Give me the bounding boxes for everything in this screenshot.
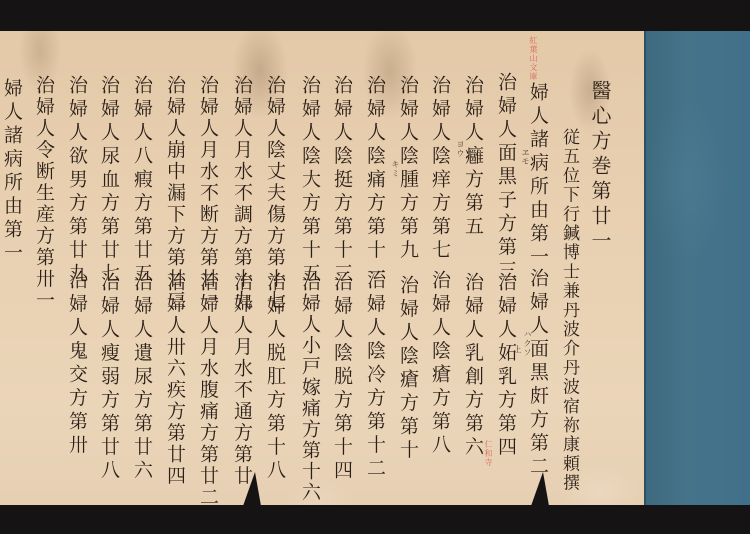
paper-tear [243, 472, 261, 506]
bottom-black-band [0, 505, 750, 534]
paper-tear [531, 472, 549, 506]
toc-entry-10-lower: 治婦人月水不通方第廿 [232, 272, 251, 487]
toc-entry-5-lower: 治婦人陰瘡方第十 [398, 275, 417, 463]
toc-entry-1-lower: 治婦人面黒皯方第二 [528, 268, 547, 480]
toc-entry-16-upper: 治婦人令断生産方第卅一 [34, 75, 53, 312]
red-seal-stamp: 仁和寺 [483, 440, 494, 467]
toc-entry-14-upper: 治婦人尿血方第廿七 [99, 75, 118, 287]
toc-entry-17-upper: 婦人諸病所由第一 [2, 78, 21, 266]
toc-entry-7-upper: 治婦人陰挺方第十三 [332, 75, 351, 287]
toc-entry-4-lower: 治婦人陰瘡方第八 [430, 270, 449, 458]
toc-entry-2-lower: 治婦人妬乳方第四 [496, 272, 515, 460]
blue-silk-mount [644, 31, 750, 505]
toc-entry-2-upper: 治婦人面黒子方第三 [496, 72, 515, 284]
toc-entry-15-lower: 治婦人鬼交方第卅 [67, 270, 86, 458]
toc-entry-9-lower: 治婦人脱肛方第十八 [265, 272, 284, 484]
author-line: 従五位下行鍼博士兼丹波介丹波宿祢康頼撰 [560, 128, 577, 493]
toc-entry-15-upper: 治婦人欲男方第廿九 [67, 75, 86, 287]
reading-mark: ハクソ [522, 330, 533, 357]
toc-entry-8-lower: 治婦人小戸嫁痛方第十六 [300, 272, 319, 503]
toc-entry-4-upper: 治婦人陰痒方第七 [430, 75, 449, 263]
toc-entry-7-lower: 治婦人陰脱方第十四 [332, 272, 351, 484]
toc-entry-11-lower: 治婦人月水腹痛方第廿二 [198, 272, 217, 509]
reading-mark: キミ [390, 160, 401, 178]
scroll-title: 醫心方巻第廿一 [590, 80, 610, 255]
reading-mark: ヨウ [455, 140, 466, 158]
toc-entry-13-upper: 治婦人八瘕方第廿五 [132, 75, 151, 287]
toc-entry-14-lower: 治婦人瘦弱方第廿八 [99, 272, 118, 484]
toc-entry-1-upper: 婦人諸病所由第一 [528, 82, 547, 270]
toc-entry-3-lower: 治婦人乳創方第六 [463, 272, 482, 460]
toc-entry-6-upper: 治婦人陰痛方第十一 [365, 75, 384, 287]
reading-mark: ヱモ [520, 148, 531, 166]
toc-entry-6-lower: 治婦人陰冷方第十二 [365, 270, 384, 482]
toc-entry-8-upper: 治婦人陰大方第十五 [300, 75, 319, 287]
top-black-band [0, 0, 750, 31]
toc-entry-12-lower: 治婦人卅六疾方第廿四 [165, 272, 184, 487]
red-seal-stamp: 紅葉山文庫 [528, 36, 539, 81]
toc-entry-13-lower: 治婦人遺尿方第廿六 [132, 272, 151, 484]
